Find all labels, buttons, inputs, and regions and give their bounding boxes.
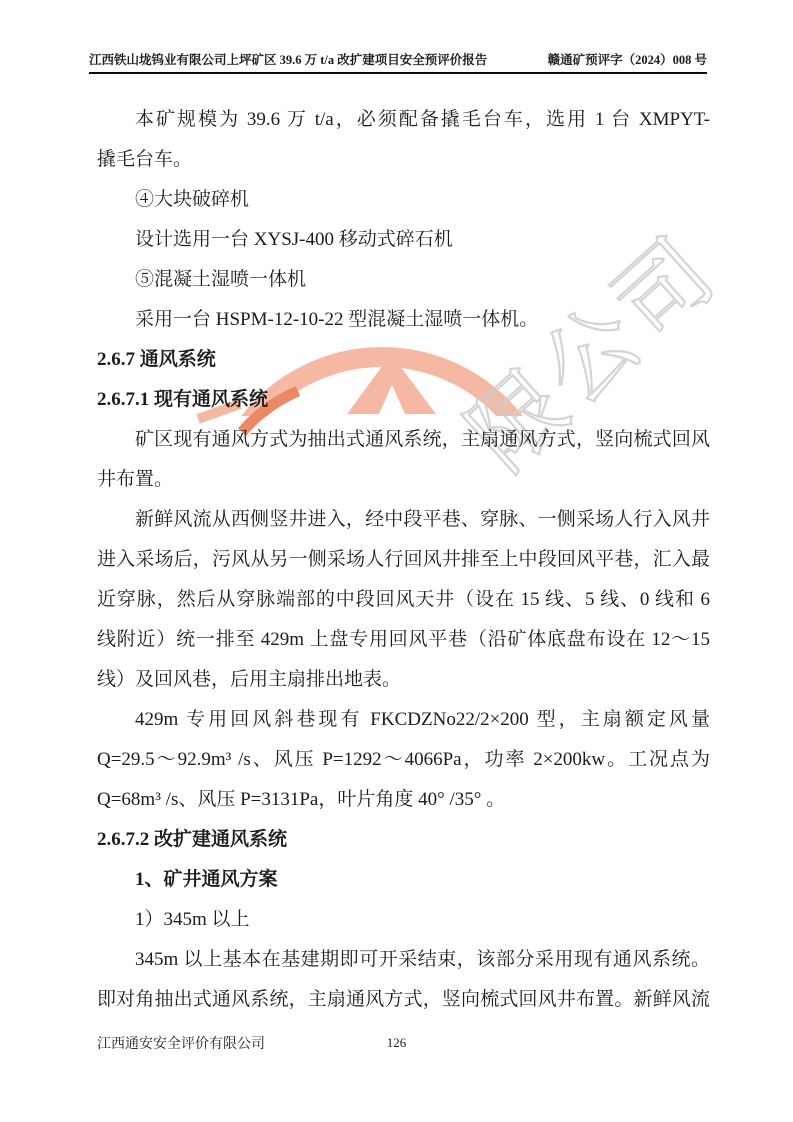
body-line: 近穿脉，然后从穿脉端部的中段回风天井（设在 15 线、5 线、0 线和 6 xyxy=(97,580,710,620)
body-line: 2.6.7 通风系统 xyxy=(97,340,710,380)
document-body: 本矿规模为 39.6 万 t/a，必须配备撬毛台车，选用 1 台 XMPYT-9… xyxy=(97,100,710,1020)
body-line: ⑤混凝土湿喷一体机 xyxy=(97,260,710,300)
body-line: 1）345m 以上 xyxy=(97,900,710,940)
body-line: 429m 专用回风斜巷现有 FKCDZNo22/2×200 型，主扇额定风量 xyxy=(97,700,710,740)
body-line: 即对角抽出式通风系统，主扇通风方式，竖向梳式回风井布置。新鲜风流 xyxy=(97,980,710,1020)
body-line: 2.6.7.1 现有通风系统 xyxy=(97,380,710,420)
body-line: 设计选用一台 XYSJ-400 移动式碎石机 xyxy=(97,220,710,260)
body-line: 2.6.7.2 改扩建通风系统 xyxy=(97,820,710,860)
body-line: 新鲜风流从西侧竖井进入，经中段平巷、穿脉、一侧采场人行入风井 xyxy=(97,500,710,540)
body-line: 本矿规模为 39.6 万 t/a，必须配备撬毛台车，选用 1 台 XMPYT-9… xyxy=(97,100,710,140)
body-line: Q=29.5～92.9m³ /s、风压 P=1292～4066Pa，功率 2×2… xyxy=(97,740,710,780)
body-line: 撬毛台车。 xyxy=(97,140,710,180)
page-number: 126 xyxy=(0,1035,793,1051)
body-line: 进入采场后，污风从另一侧采场人行回风井排至上中段回风平巷，汇入最 xyxy=(97,540,710,580)
body-line: 矿区现有通风方式为抽出式通风系统，主扇通风方式，竖向梳式回风 xyxy=(97,420,710,460)
body-line: Q=68m³ /s、风压 P=3131Pa，叶片角度 40° /35° 。 xyxy=(97,780,710,820)
body-line: 采用一台 HSPM-12-10-22 型混凝土湿喷一体机。 xyxy=(97,300,710,340)
page-header: 江西铁山垅钨业有限公司上坪矿区 39.6 万 t/a 改扩建项目安全预评价报告 … xyxy=(89,52,707,74)
body-line: ④大块破碎机 xyxy=(97,180,710,220)
body-line: 345m 以上基本在基建期即可开采结束，该部分采用现有通风系统。 xyxy=(97,940,710,980)
body-line: 1、矿井通风方案 xyxy=(97,860,710,900)
body-line: 井布置。 xyxy=(97,460,710,500)
header-report-title: 江西铁山垅钨业有限公司上坪矿区 39.6 万 t/a 改扩建项目安全预评价报告 xyxy=(89,52,487,69)
body-line: 线）及回风巷，后用主扇排出地表。 xyxy=(97,660,710,700)
header-doc-number: 赣通矿预评字（2024）008 号 xyxy=(548,52,707,69)
body-line: 线附近）统一排至 429m 上盘专用回风平巷（沿矿体底盘布设在 12～15 xyxy=(97,620,710,660)
document-page: 限公司 江西铁山垅钨业有限公司上坪矿区 39.6 万 t/a 改扩建项目安全预评… xyxy=(0,0,793,1122)
